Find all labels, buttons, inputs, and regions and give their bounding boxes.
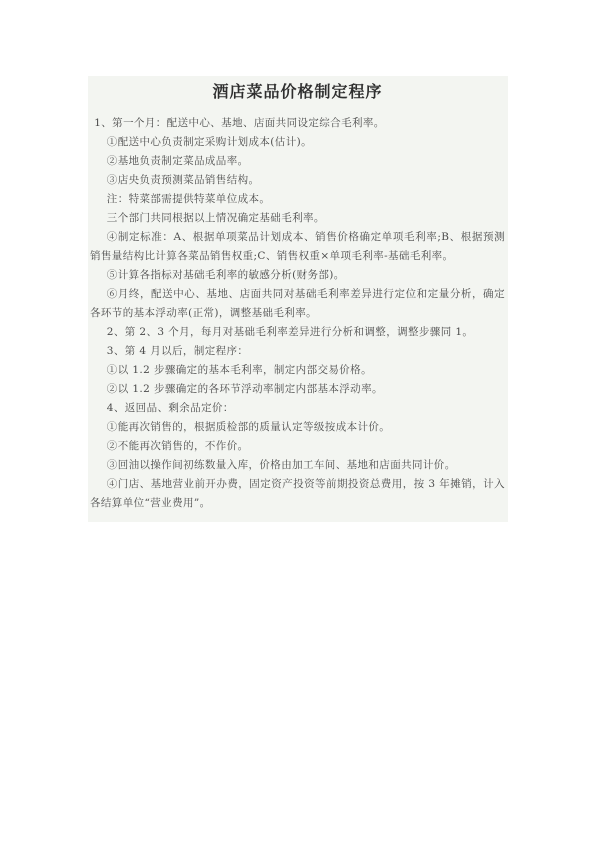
document-body: 1、第一个月：配送中心、基地、店面共同设定综合毛利率。 ①配送中心负责制定采购计… bbox=[90, 114, 505, 513]
paragraph-section-1: 1、第一个月：配送中心、基地、店面共同设定综合毛利率。 bbox=[90, 114, 505, 133]
document-page: 酒店菜品价格制定程序 1、第一个月：配送中心、基地、店面共同设定综合毛利率。 ①… bbox=[88, 76, 508, 522]
paragraph-item-4-4: ④门店、基地营业前开办费，固定资产投资等前期投资总费用，按 3 年摊销，计入各结… bbox=[90, 475, 505, 513]
paragraph-item-1-2: ②基地负责制定菜品成品率。 bbox=[90, 152, 505, 171]
paragraph-joint-note: 三个部门共同根据以上情况确定基础毛利率。 bbox=[90, 209, 505, 228]
paragraph-item-4-3: ③回油以操作间初练数量入库，价格由加工车间、基地和店面共同计价。 bbox=[90, 456, 505, 475]
paragraph-note: 注：特菜部需提供特菜单位成本。 bbox=[90, 190, 505, 209]
paragraph-item-3-1: ①以 1.2 步骤确定的基本毛利率，制定内部交易价格。 bbox=[90, 361, 505, 380]
paragraph-item-4-1: ①能再次销售的，根据质检部的质量认定等级按成本计价。 bbox=[90, 418, 505, 437]
paragraph-item-1-1: ①配送中心负责制定采购计划成本(估计)。 bbox=[90, 133, 505, 152]
paragraph-item-3-2: ②以 1.2 步骤确定的各环节浮动率制定内部基本浮动率。 bbox=[90, 380, 505, 399]
document-title: 酒店菜品价格制定程序 bbox=[90, 83, 505, 103]
paragraph-section-4: 4、返回品、剩余品定价： bbox=[90, 399, 505, 418]
paragraph-item-1-3: ③店央负责预测菜品销售结构。 bbox=[90, 171, 505, 190]
paragraph-item-4-2: ②不能再次销售的，不作价。 bbox=[90, 437, 505, 456]
paragraph-section-2: 2、第 2、3 个月，每月对基础毛利率差异进行分析和调整，调整步骤同 1。 bbox=[90, 323, 505, 342]
paragraph-section-3: 3、第 4 月以后，制定程序： bbox=[90, 342, 505, 361]
paragraph-item-1-6: ⑥月终，配送中心、基地、店面共同对基础毛利率差异进行定位和定量分析，确定各环节的… bbox=[90, 285, 505, 323]
paragraph-item-1-5: ⑤计算各指标对基础毛利率的敏感分析(财务部)。 bbox=[90, 266, 505, 285]
paragraph-item-1-4: ④制定标准：A、根据单项菜品计划成本、销售价格确定单项毛利率;B、根据预测销售量… bbox=[90, 228, 505, 266]
